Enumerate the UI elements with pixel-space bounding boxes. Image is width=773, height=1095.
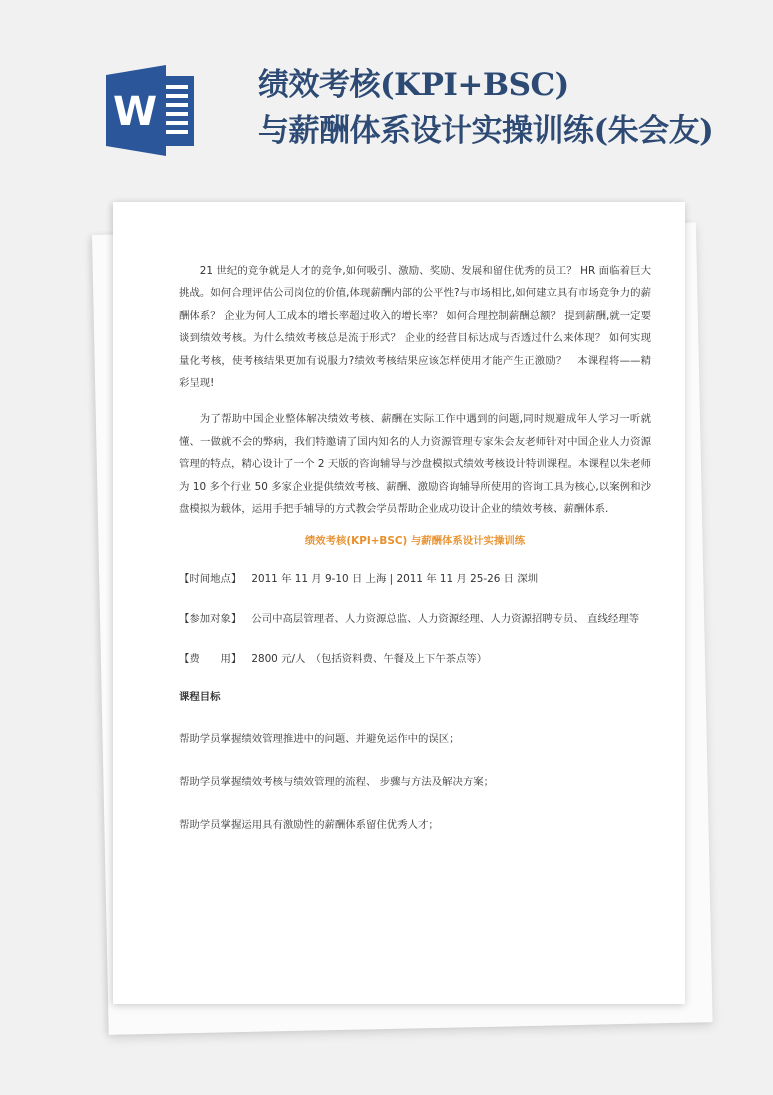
document-title: 绩效考核(KPI+BSC) 与薪酬体系设计实操训练(朱会友) [258,62,713,154]
document-page: 21 世纪的竞争就是人才的竞争,如何吸引、激励、奖励、发展和留住优秀的员工？ H… [113,202,685,1004]
info-value: 公司中高层管理者、人力资源总监、人力资源经理、人力资源招聘专员、 直线经理等 [251,613,639,625]
svg-text:W: W [113,89,157,135]
info-fee: 【费 用】2800 元/人 （包括资料费、午餐及上下午茶点等） [179,648,651,670]
section-heading-course-goals: 课程目标 [179,686,651,708]
intro-paragraph: 21 世纪的竞争就是人才的竞争,如何吸引、激励、奖励、发展和留住优秀的员工？ H… [179,260,651,394]
course-description-paragraph: 为了帮助中国企业整体解决绩效考核、薪酬在实际工作中遇到的问题,同时规避成年人学习… [179,408,651,520]
title-line-2: 与薪酬体系设计实操训练(朱会友) [258,108,713,154]
header: W 绩效考核(KPI+BSC) 与薪酬体系设计实操训练(朱会友) [0,0,773,200]
goal-item: 帮助学员掌握绩效管理推进中的问题、并避免运作中的误区； [179,728,651,750]
info-label: 【费 用】 [179,648,241,670]
info-time-location: 【时间地点】2011 年 11 月 9-10 日 上海 | 2011 年 11 … [179,568,651,590]
info-label: 【参加对象】 [179,608,241,630]
info-value: 2011 年 11 月 9-10 日 上海 | 2011 年 11 月 25-2… [251,573,538,585]
goal-item: 帮助学员掌握绩效考核与绩效管理的流程、 步骤与方法及解决方案； [179,771,651,793]
info-label: 【时间地点】 [179,568,241,590]
page-content: 21 世纪的竞争就是人才的竞争,如何吸引、激励、奖励、发展和留住优秀的员工？ H… [179,260,651,836]
word-document-icon: W [104,63,200,158]
goal-item: 帮助学员掌握运用具有激励性的薪酬体系留住优秀人才； [179,814,651,836]
info-audience: 【参加对象】公司中高层管理者、人力资源总监、人力资源经理、人力资源招聘专员、 直… [179,608,651,630]
course-title: 绩效考核(KPI+BSC) 与薪酬体系设计实操训练 [179,530,651,552]
title-line-1: 绩效考核(KPI+BSC) [258,62,713,108]
info-value: 2800 元/人 （包括资料费、午餐及上下午茶点等） [251,653,487,665]
